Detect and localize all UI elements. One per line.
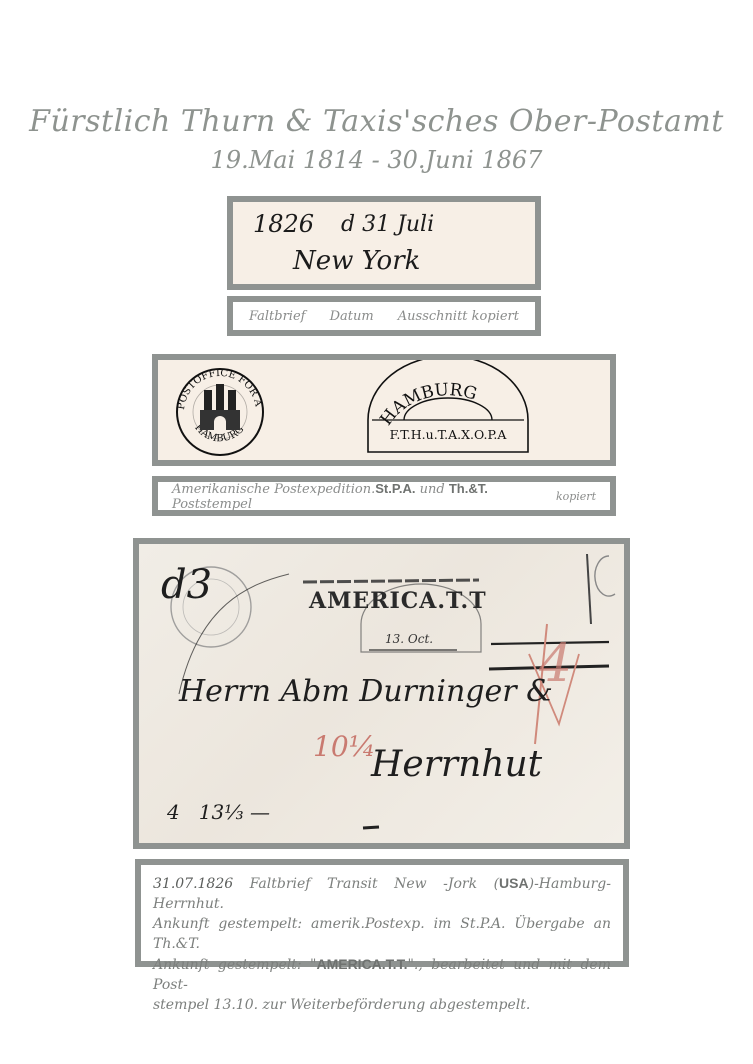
caption-ausschnitt: Ausschnitt kopiert	[398, 309, 519, 324]
marking-d3: d3	[161, 562, 212, 608]
description-line-1: 31.07.1826 Faltbrief Transit New -Jork (…	[153, 873, 611, 914]
semicircle-stamp-hamburg: HAMBURG F.T.H.u.T.A.X.O.P.A	[368, 360, 528, 452]
svg-text:F.T.H.u.T.A.X.O.P.A: F.T.H.u.T.A.X.O.P.A	[390, 427, 508, 442]
folded-letter-image: d3 AMERICA.T.T 13. Oct. Herrn Abm Durnin…	[133, 538, 630, 849]
description-line-2: Ankunft gestempelt: amerik.Postexp. im S…	[153, 914, 611, 954]
postmark-caption: Amerikanische Postexpedition.St.P.A. und…	[152, 476, 616, 516]
postmark-caption-note: kopiert	[556, 490, 596, 503]
america-tt-stamp: AMERICA.T.T	[309, 588, 487, 614]
svg-text:HAMBURG: HAMBURG	[376, 380, 479, 430]
bottom-rate-marks: 4 13⅓ —	[167, 800, 270, 824]
page-title: Fürstlich Thurn & Taxis'sches Ober-Posta…	[0, 104, 753, 139]
stamp-illustrations: POSTOFFICE FOR AMERICA HAMBURG HAMBURG F…	[158, 360, 610, 460]
caption-datum: Datum	[330, 309, 374, 324]
description-line-4: stempel 13.10. zur Weiterbeförderung abg…	[153, 995, 611, 1015]
red-crossed-marking: 4	[539, 634, 572, 694]
round-stamp-postoffice-america: POSTOFFICE FOR AMERICA HAMBURG	[158, 360, 264, 455]
letter-cover: d3 AMERICA.T.T 13. Oct. Herrn Abm Durnin…	[139, 544, 624, 843]
description-box: 31.07.1826 Faltbrief Transit New -Jork (…	[135, 859, 629, 967]
date-excerpt-caption: Faltbrief Datum Ausschnitt kopiert	[227, 296, 541, 336]
address-recipient: Herrn Abm Durninger &	[179, 674, 553, 709]
page-subtitle: 19.Mai 1814 - 30.Juni 1867	[0, 146, 753, 174]
postmark-examples-image: POSTOFFICE FOR AMERICA HAMBURG HAMBURG F…	[152, 354, 616, 466]
handwritten-year: 1826	[253, 210, 314, 238]
red-rate-marking: 10¼	[313, 730, 376, 763]
description-line-3: Ankunft gestempelt: "AMERICA.T.T."., bea…	[153, 954, 611, 995]
handwritten-day: d 31 Juli	[341, 212, 434, 237]
handwritten-place: New York	[293, 246, 420, 276]
caption-faltbrief: Faltbrief	[249, 309, 305, 324]
stamp-date-13-oct: 13. Oct.	[385, 632, 433, 646]
date-excerpt-image: 1826 d 31 Juli New York	[227, 196, 541, 290]
postmark-caption-text: Amerikanische Postexpedition.St.P.A. und…	[172, 481, 556, 512]
address-town: Herrnhut	[371, 744, 542, 785]
